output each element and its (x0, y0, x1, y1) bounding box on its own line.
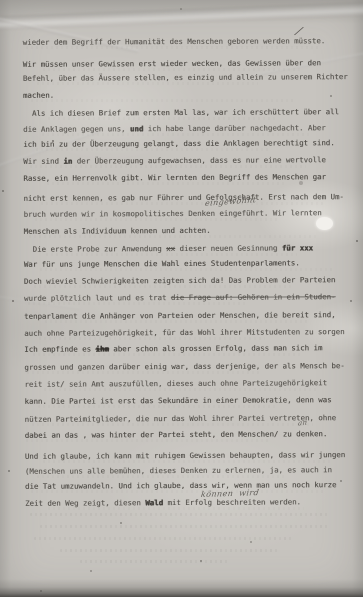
whiteout-blot (316, 217, 333, 230)
page-bottom-edge (0, 579, 363, 597)
paper-specks (0, 0, 2, 2)
handwritten-annotation: / (294, 24, 304, 38)
handwritten-annotation: können wird (200, 488, 259, 499)
handwritten-annotation: eingewöhnt (205, 195, 257, 208)
annotation-layer: eingewöhntankönnen wird/ (0, 0, 363, 597)
document-page: wieder dem Begriff der Humanität des Men… (0, 0, 363, 597)
handwritten-annotation: an (298, 418, 308, 427)
